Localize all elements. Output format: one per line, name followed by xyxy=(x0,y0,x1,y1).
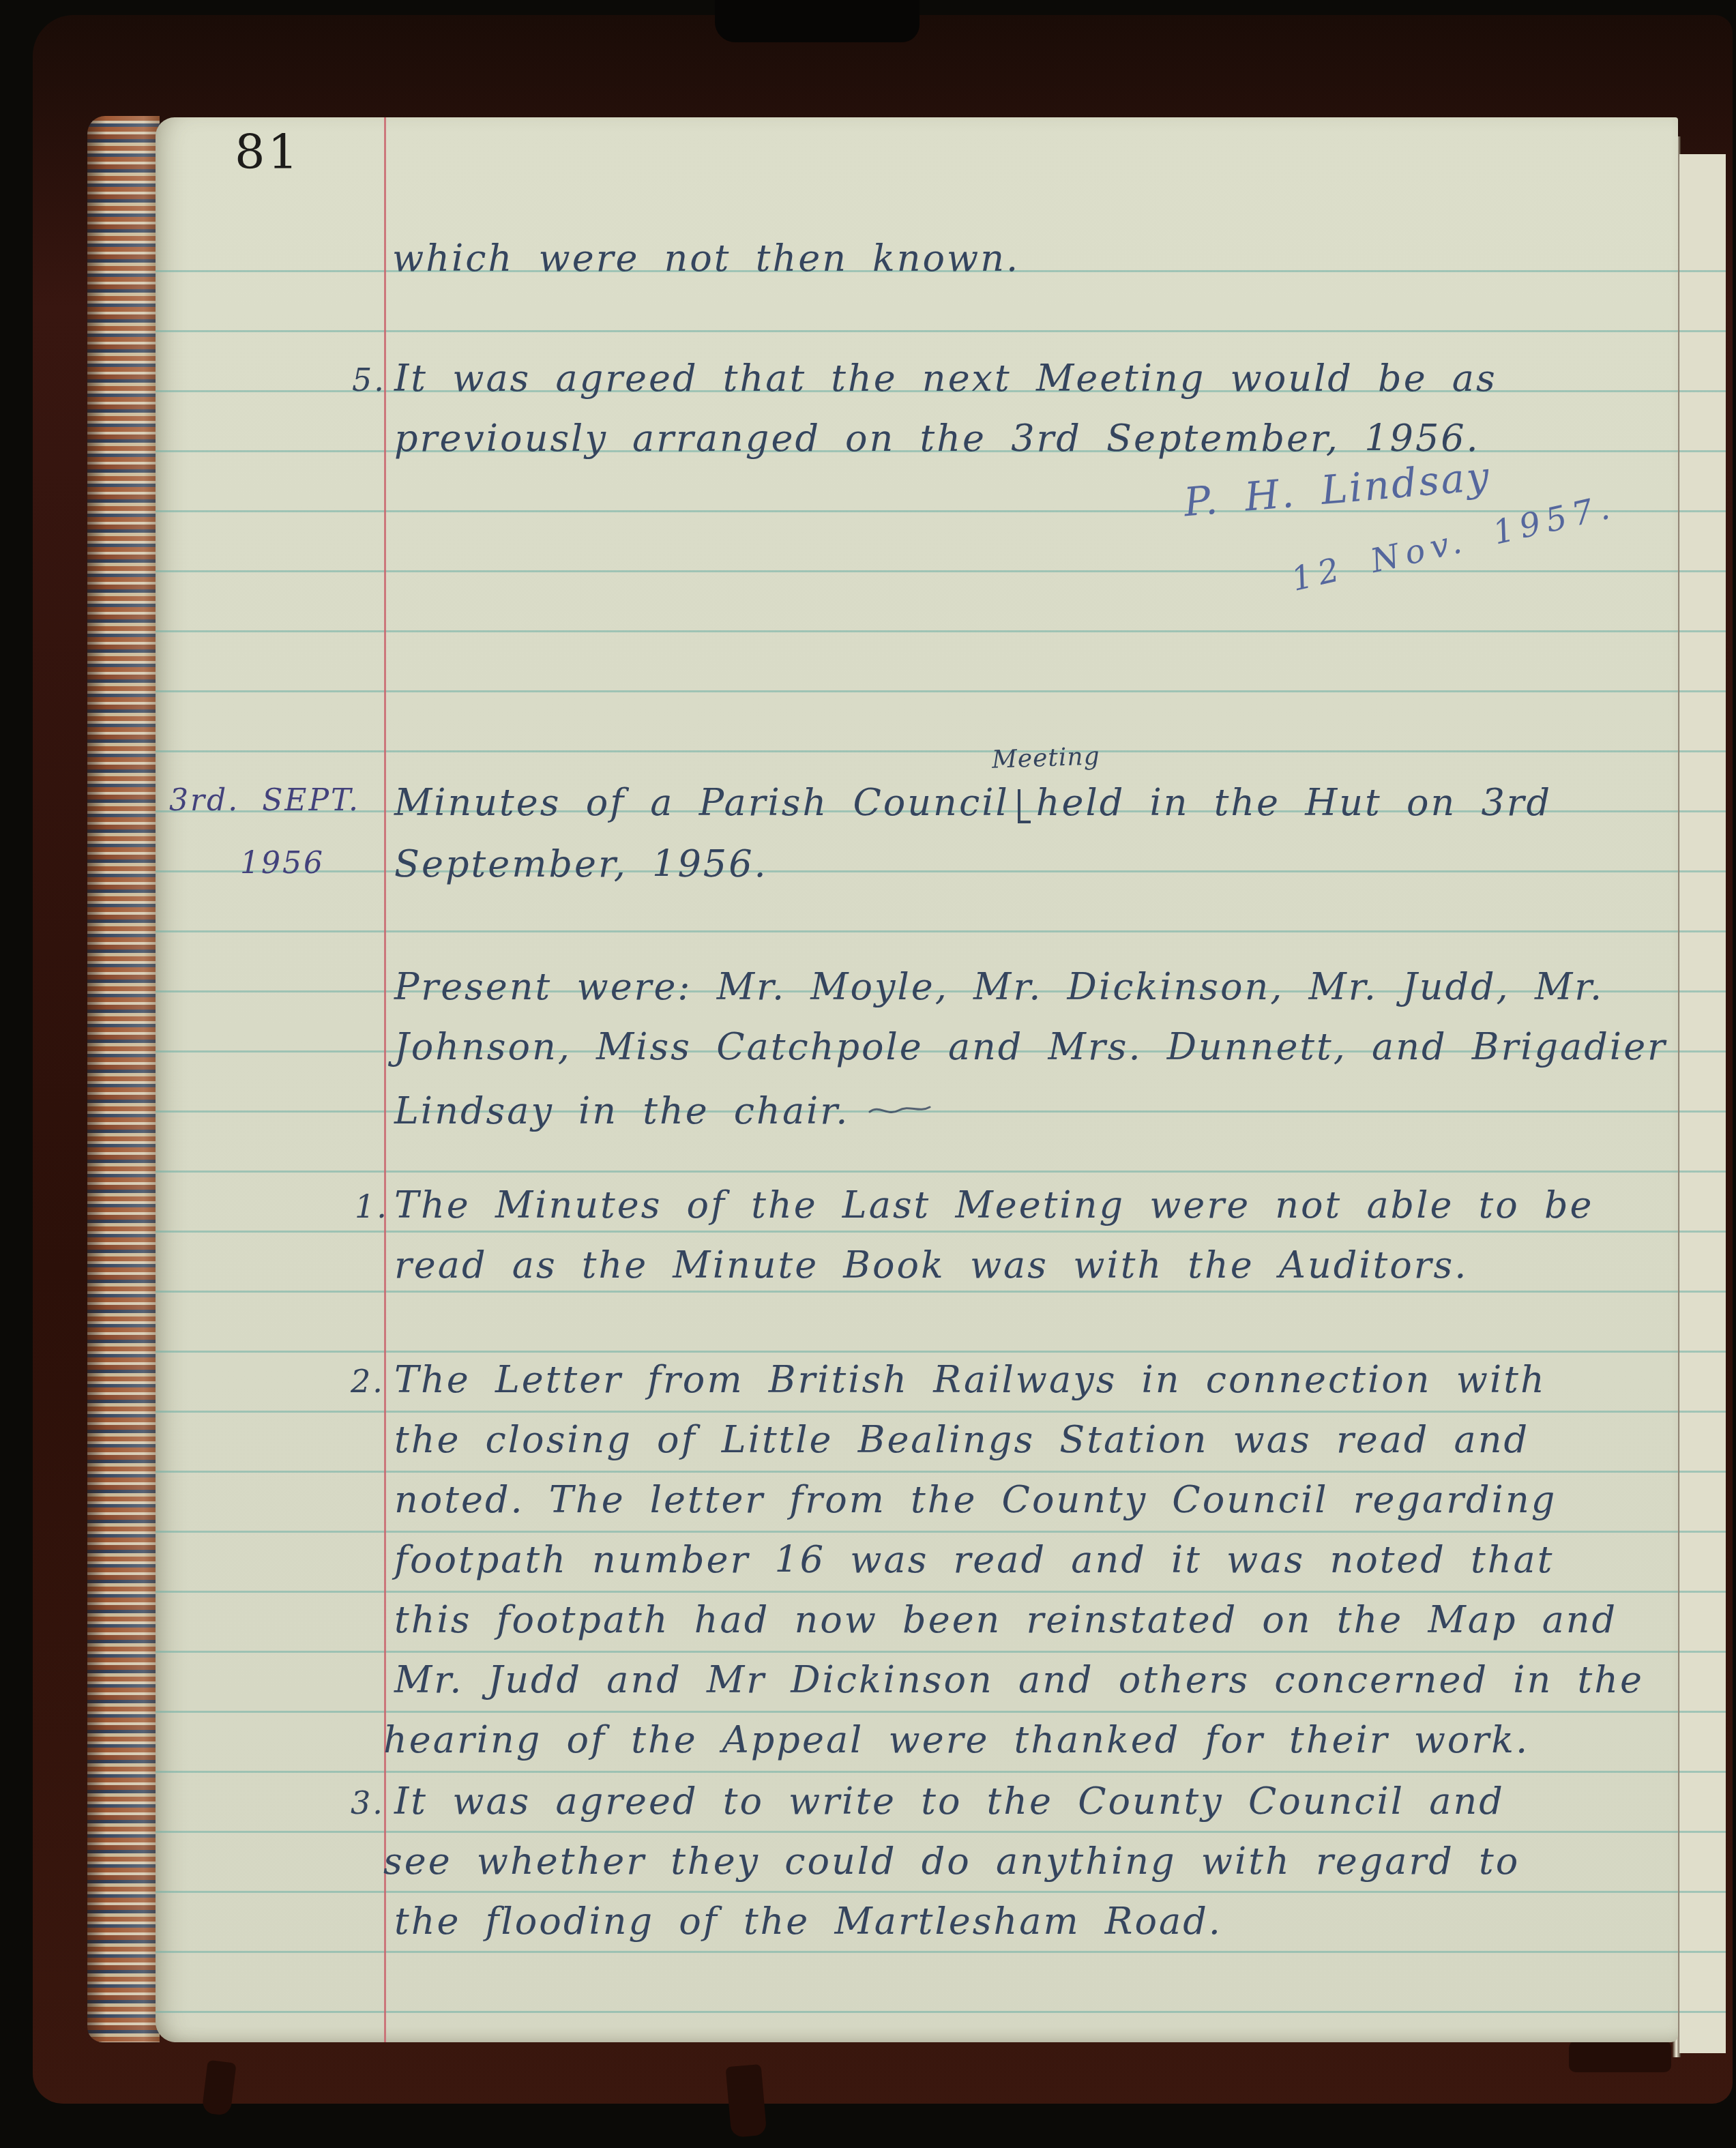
pen-flourish xyxy=(868,1089,931,1126)
item-2-line: the closing of Little Bealings Station w… xyxy=(394,1422,1529,1458)
present-line-text: Lindsay in the chair. xyxy=(394,1089,849,1132)
margin-date-line2: 1956 xyxy=(240,849,325,879)
insertion-mark-wrap: Meeting xyxy=(1010,784,1036,823)
item-2-number: 2. xyxy=(351,1366,385,1397)
heading-before-insert: Minutes of a Parish Council xyxy=(394,781,1010,824)
item-2-line: hearing of the Appeal were thanked for t… xyxy=(383,1722,1529,1759)
minutes-heading-line1: Minutes of a Parish CouncilMeetingheld i… xyxy=(394,784,1552,823)
leather-flap xyxy=(726,2064,767,2138)
item-3-line: It was agreed to write to the County Cou… xyxy=(394,1783,1505,1820)
present-line: Johnson, Miss Catchpole and Mrs. Dunnett… xyxy=(394,1029,1667,1065)
minute-book-scan: 81 which were not then known. 5. It was … xyxy=(0,0,1736,2148)
item-5-line: previously arranged on the 3rd September… xyxy=(394,420,1480,457)
item-2-line: footpath number 16 was read and it was n… xyxy=(394,1542,1554,1578)
leather-flap xyxy=(201,2060,236,2117)
margin-date-line1: 3rd. SEPT. xyxy=(169,786,360,816)
item-2-line: noted. The letter from the County Counci… xyxy=(394,1482,1557,1518)
ruled-lines xyxy=(1679,270,1726,2044)
item-1-line: read as the Minute Book was with the Aud… xyxy=(394,1247,1468,1284)
carryover-line: which were not then known. xyxy=(392,240,1020,277)
minutes-heading-line2: September, 1956. xyxy=(394,846,768,883)
item-2-line: The Letter from British Railways in conn… xyxy=(394,1362,1546,1398)
marbled-page-edges xyxy=(87,116,160,2042)
present-line: Present were: Mr. Moyle, Mr. Dickinson, … xyxy=(394,969,1604,1005)
item-2-line: this footpath had now been reinstated on… xyxy=(394,1602,1617,1638)
item-5-line: It was agreed that the next Meeting woul… xyxy=(394,360,1497,397)
item-3-number: 3. xyxy=(351,1787,385,1819)
underlying-page-edge xyxy=(1679,154,1726,2053)
leather-flap xyxy=(1569,2041,1671,2072)
cover-top-notch xyxy=(715,0,920,42)
item-2-line: Mr. Judd and Mr Dickinson and others con… xyxy=(394,1662,1644,1698)
item-5-number: 5. xyxy=(352,364,386,396)
insertion-caret-icon xyxy=(1018,789,1031,823)
inserted-word: Meeting xyxy=(991,744,1100,773)
heading-after-insert: held in the Hut on 3rd xyxy=(1036,781,1552,824)
present-line: Lindsay in the chair. xyxy=(394,1089,931,1130)
item-3-line: the flooding of the Martlesham Road. xyxy=(394,1903,1222,1940)
item-3-line: see whether they could do anything with … xyxy=(383,1843,1520,1880)
page-number: 81 xyxy=(235,124,301,180)
item-1-number: 1. xyxy=(355,1191,389,1222)
item-1-line: The Minutes of the Last Meeting were not… xyxy=(394,1187,1593,1224)
